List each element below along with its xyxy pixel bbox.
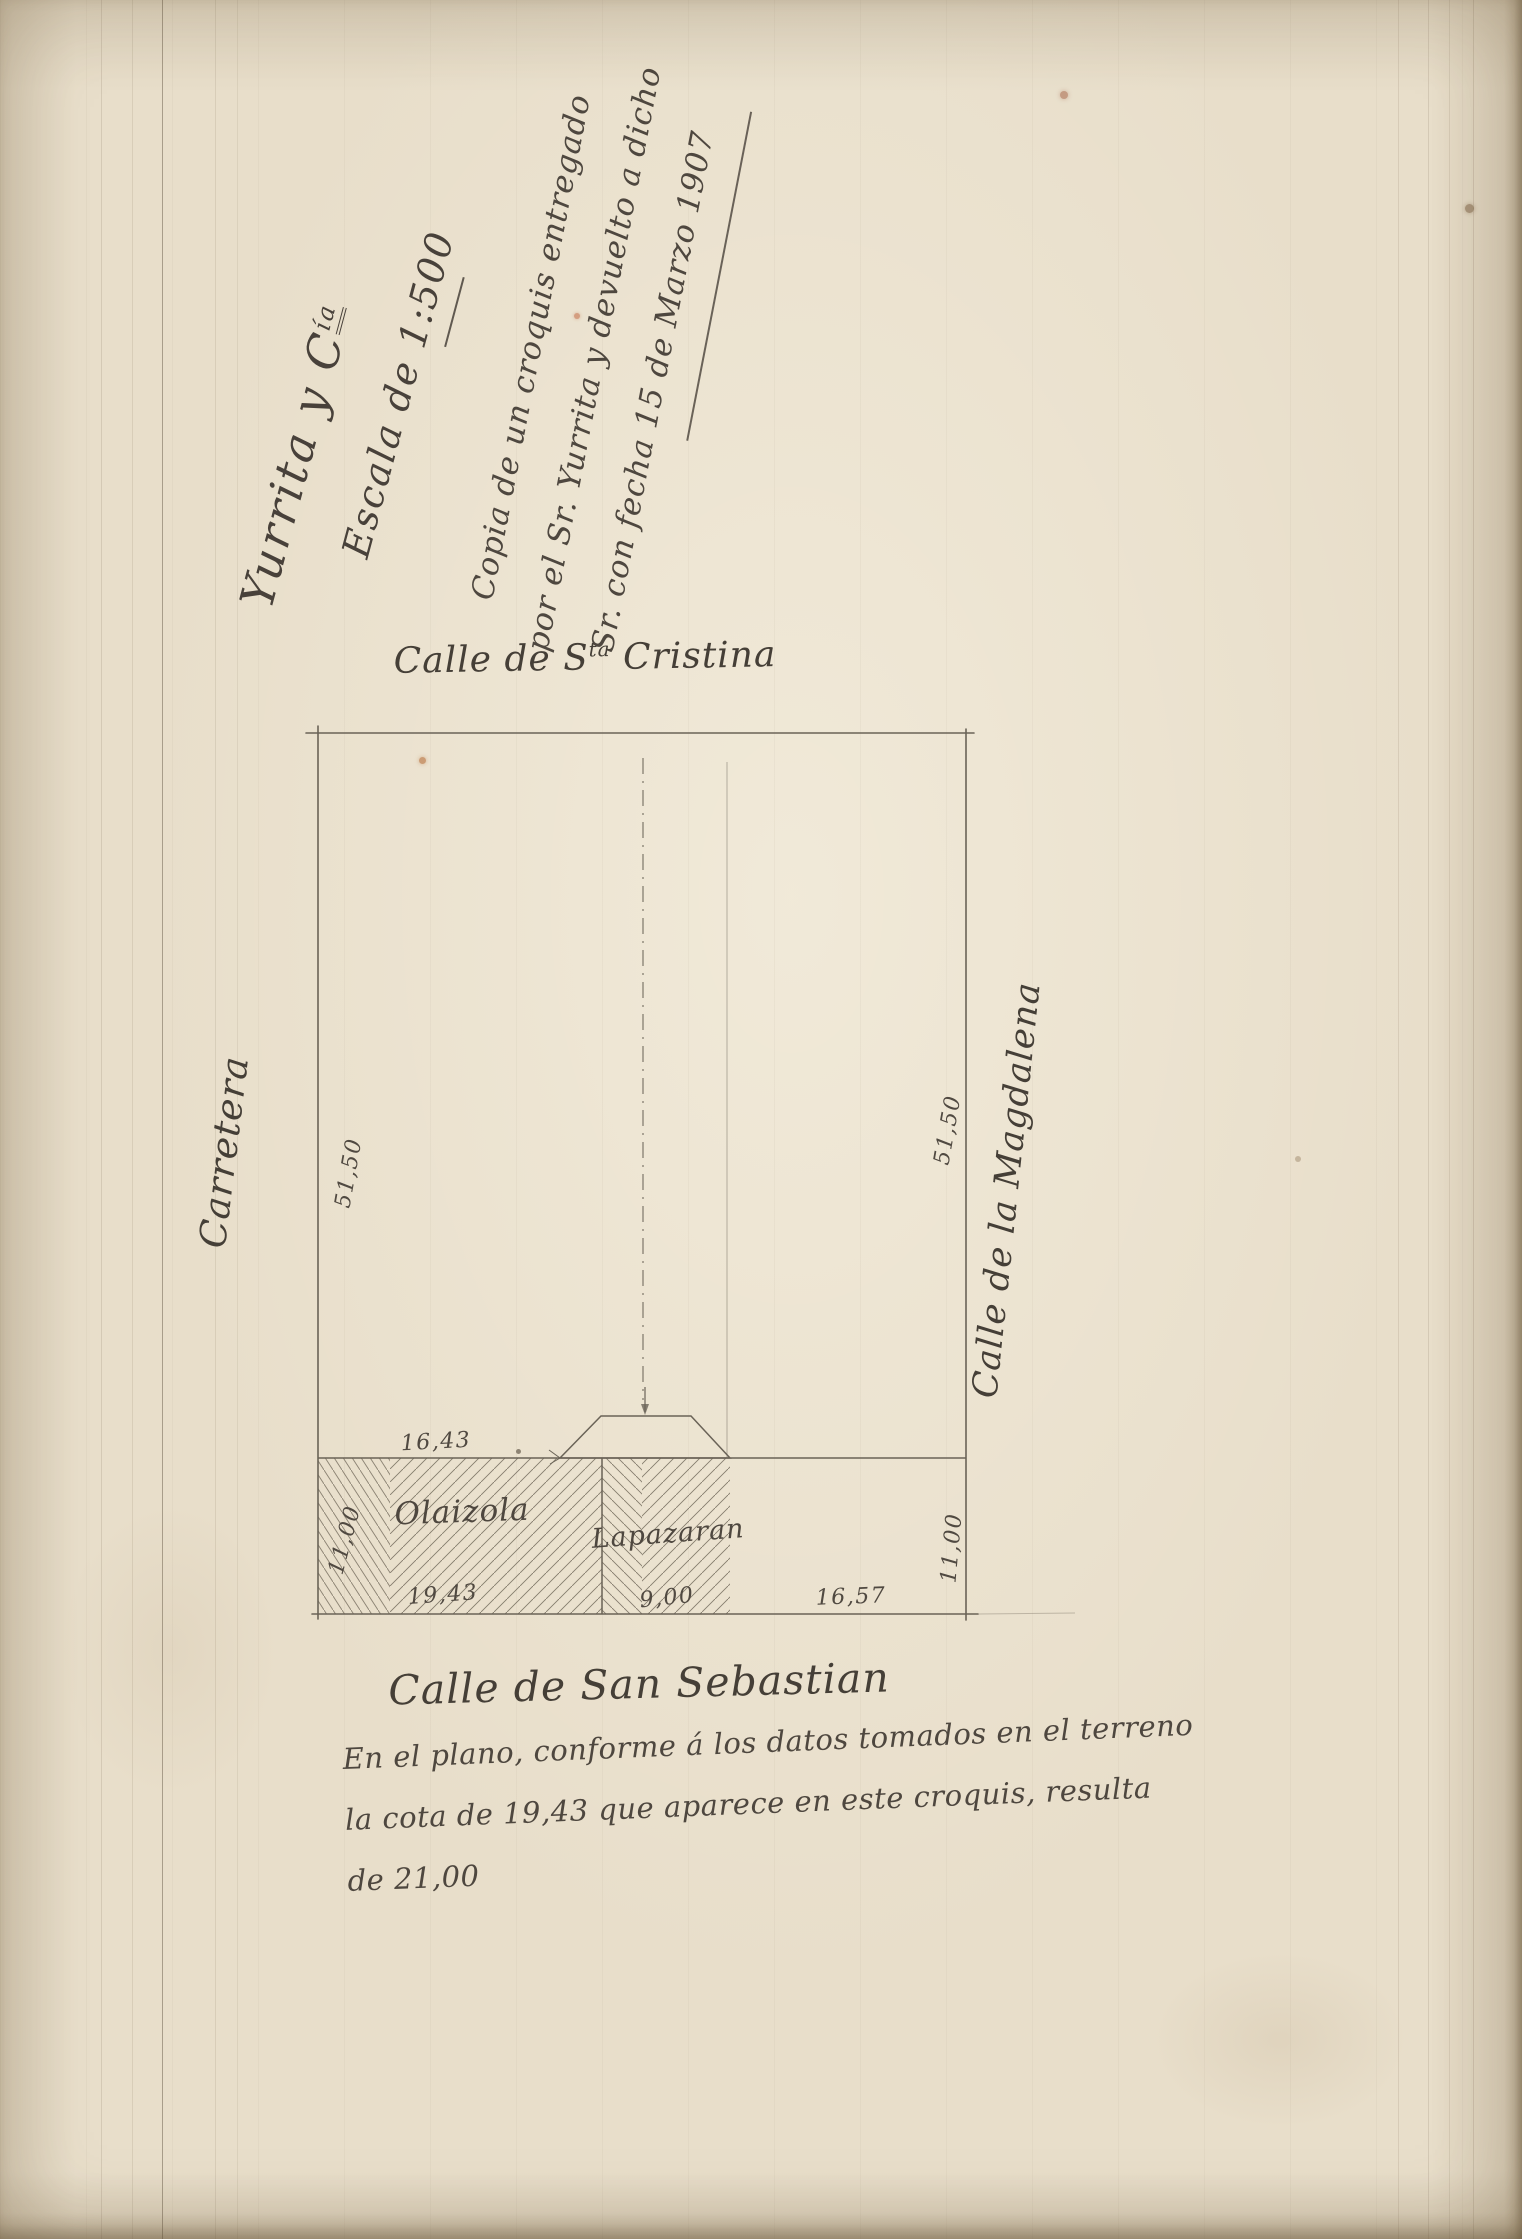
paper-laid-line [101, 0, 102, 2239]
paper-deckle-edge-bottom [0, 2213, 1522, 2239]
paper-laid-line [1398, 0, 1399, 2239]
fox-spot [1295, 1156, 1301, 1162]
street-label-santa-cristina: Calle de Sta Cristina [393, 634, 776, 682]
dimension-side-left: 51,50 [331, 1136, 368, 1210]
street-top-superscript: ta [588, 638, 610, 661]
footnote-line: de 21,00 [347, 1830, 1199, 1898]
fox-spot [1060, 91, 1068, 99]
street-top-suffix: Cristina [610, 634, 777, 678]
dimension-depth-left: 11,00 [324, 1503, 366, 1578]
dimension-arrow [549, 1450, 560, 1464]
paper-laid-line [1473, 0, 1474, 2239]
dimension-depth-right: 11,00 [936, 1512, 967, 1584]
footnote-line: En el plano, conforme á los datos tomado… [342, 1708, 1194, 1776]
street-label-san-sebastian: Calle de San Sebastian [388, 1653, 890, 1714]
paper-laid-line [1449, 0, 1450, 2239]
dimension-front-right: 16,57 [815, 1583, 886, 1610]
building-trapezoid [560, 1416, 730, 1458]
paper-sheet: Yurrita y Cía Escala de 1:500 Copia de u… [0, 0, 1522, 2239]
street-label-magdalena: Calle de la Magdalena [965, 980, 1048, 1400]
firm-name-main: Yurrita y C [229, 325, 355, 613]
bottom-line-extension [978, 1613, 1075, 1614]
fox-spot [516, 1449, 521, 1454]
paper-fold-line [162, 0, 163, 2239]
dimension-front-left: 16,43 [400, 1428, 472, 1457]
firm-signature-block: Yurrita y Cía Escala de 1:500 [229, 203, 474, 637]
dimension-olaizola-frontage: 19,43 [407, 1580, 479, 1610]
plan-outline [306, 726, 978, 1620]
copy-annotation-block: Copia de un croquis entregado por el Sr.… [443, 48, 757, 671]
fox-spot [1465, 204, 1474, 213]
paper-laid-line [132, 0, 133, 2239]
centerline-arrowhead [641, 1404, 649, 1415]
paper-deckle-edge-right [1504, 0, 1522, 2239]
dimension-lapazaran-frontage: 9,00 [638, 1583, 695, 1614]
footnote-block: En el plano, conforme á los datos tomado… [342, 1708, 1199, 1898]
plot-name-olaizola: Olaizola [394, 1492, 530, 1533]
road-label-carretera: Carretera [191, 1054, 257, 1251]
plot-name-lapazaran: Lapazaran [591, 1513, 746, 1555]
street-top-prefix: Calle de S [393, 637, 589, 681]
paper-laid-line [1428, 0, 1429, 2239]
footnote-line: la cota de 19,43 que aparece en este cro… [344, 1769, 1196, 1837]
paper-discoloration [1150, 1950, 1410, 2130]
dimension-side-right: 51,50 [930, 1093, 967, 1167]
fox-spot [419, 757, 426, 764]
paper-discoloration [60, 1500, 280, 1800]
